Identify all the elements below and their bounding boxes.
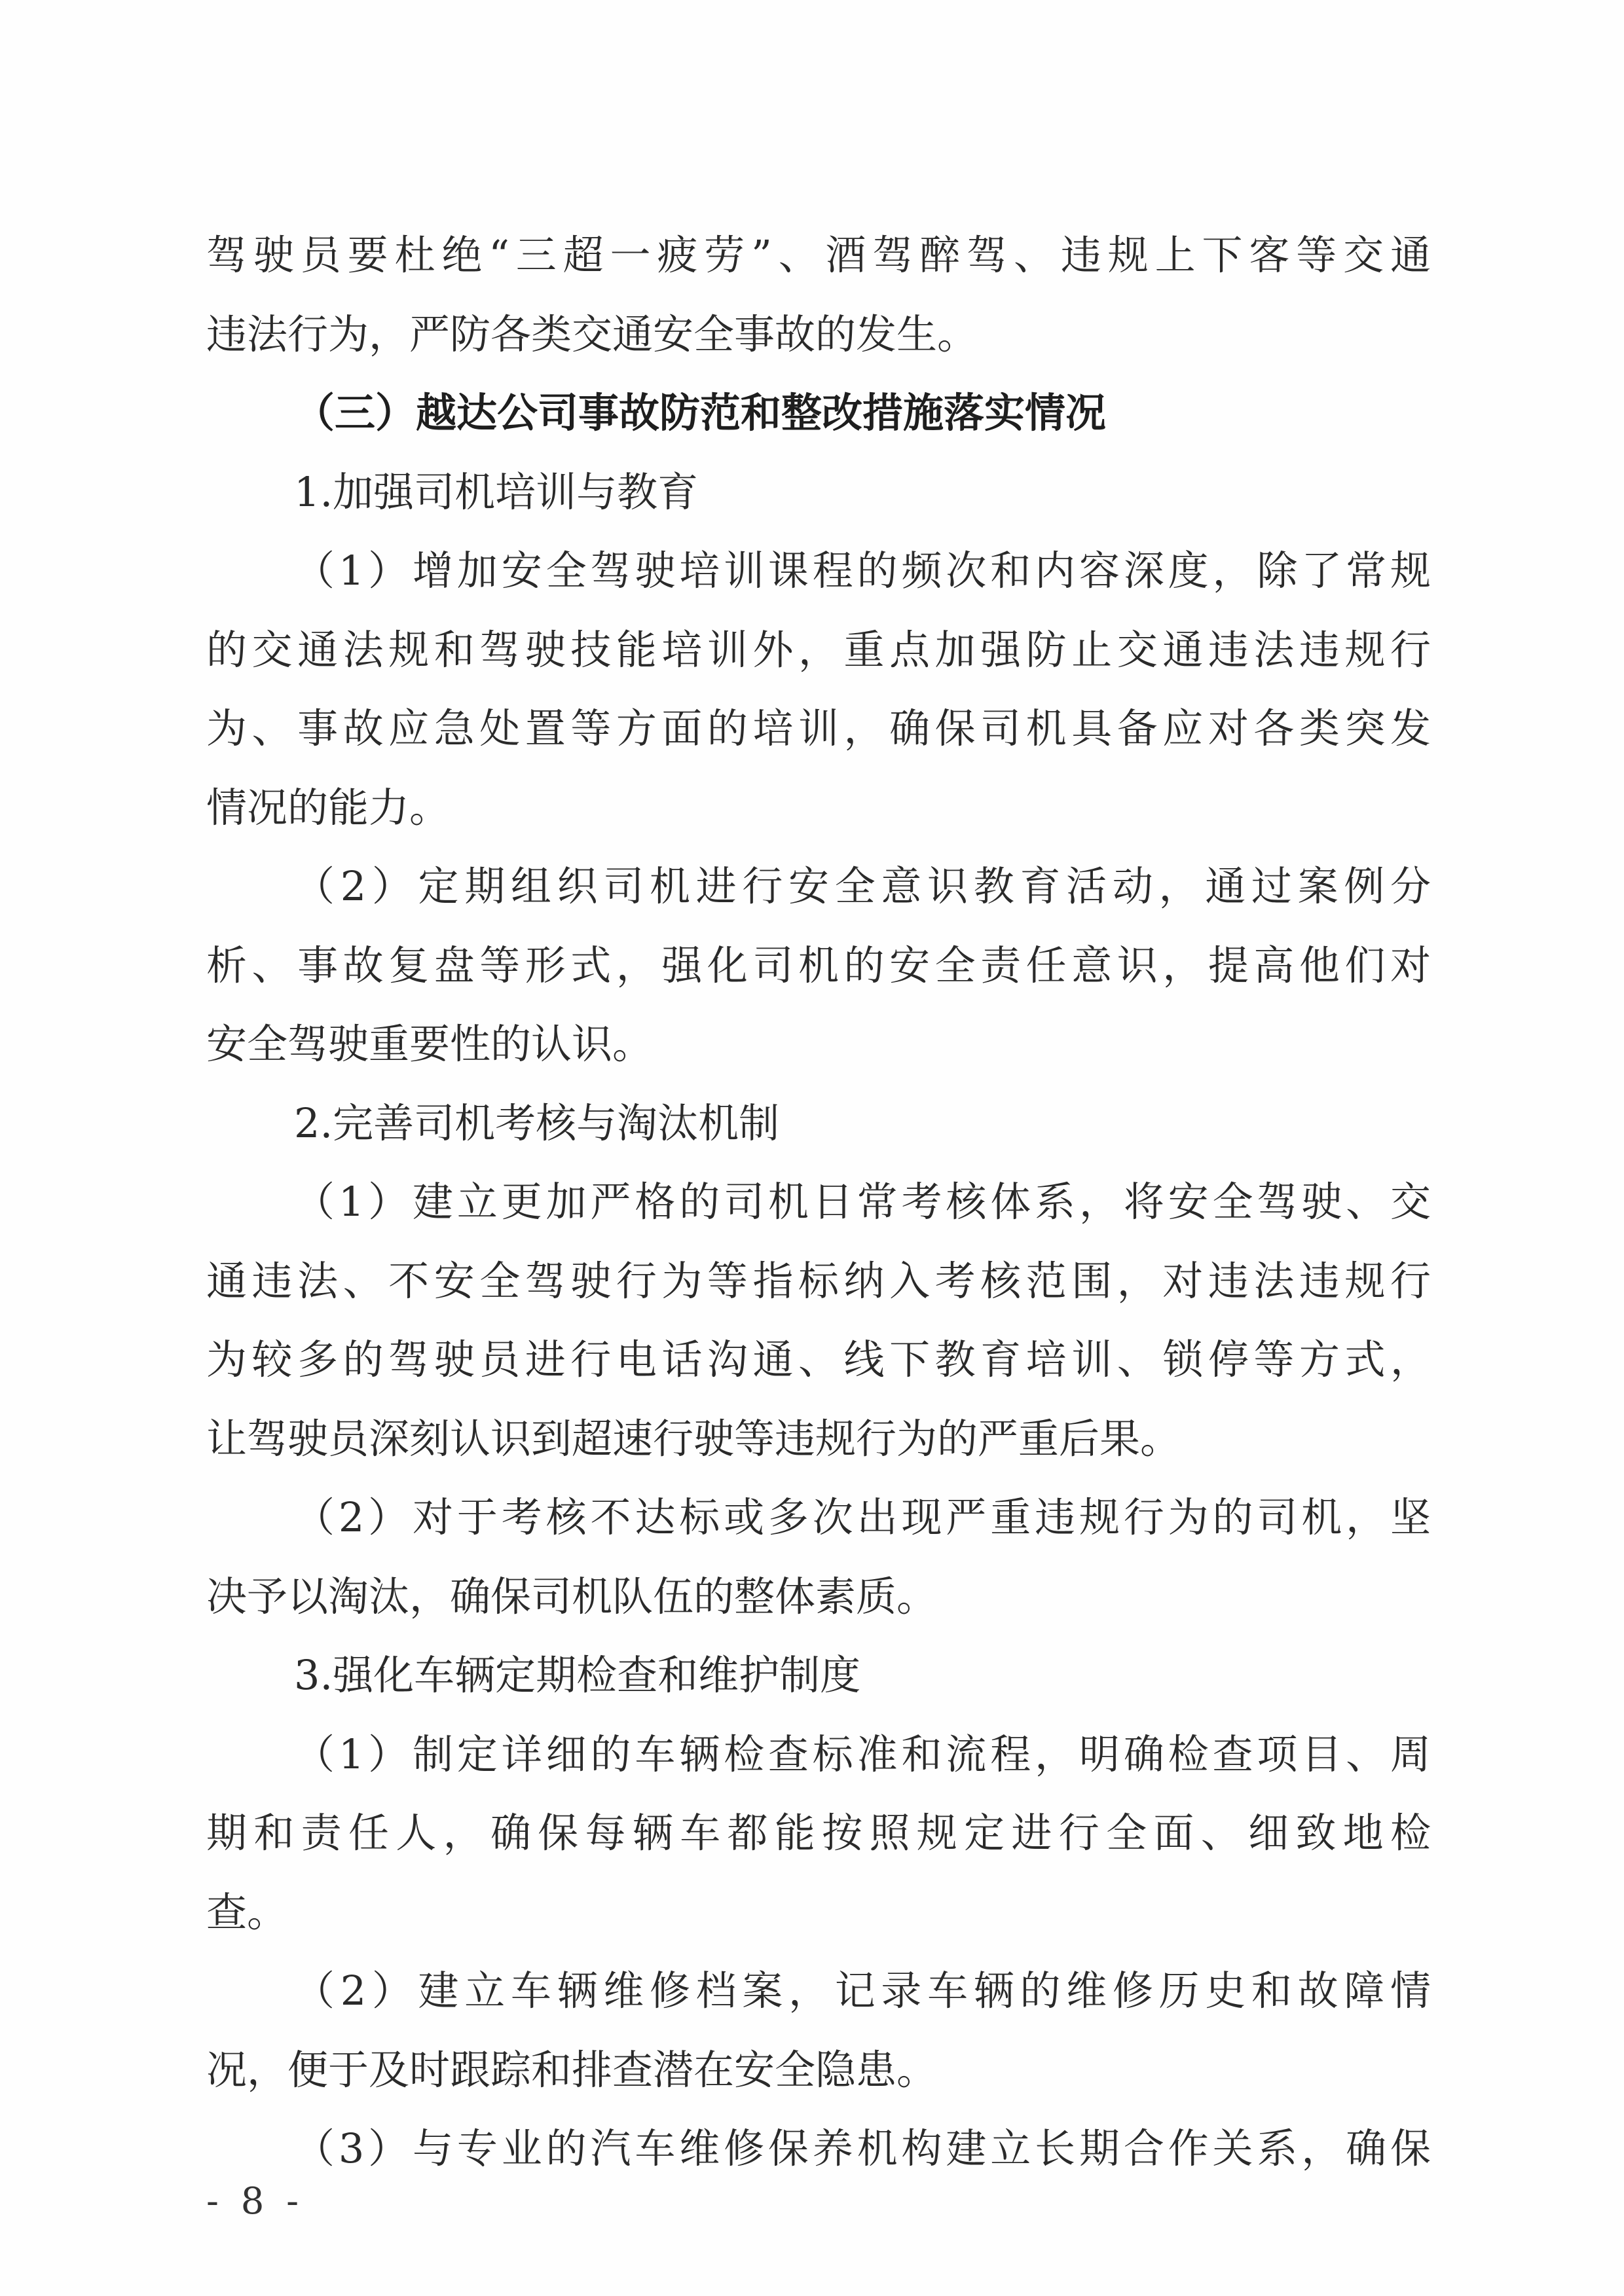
page-number: - 8 - xyxy=(206,2180,304,2223)
text-line: 决予以淘汰，确保司机队伍的整体素质。 xyxy=(206,1558,1431,1637)
text-line: 期和责任人，确保每辆车都能按照规定进行全面、细致地检 xyxy=(206,1794,1431,1873)
text-line: （2）对于考核不达标或多次出现严重违规行为的司机，坚 xyxy=(206,1478,1431,1558)
text-line: 驾驶员要杜绝“三超一疲劳”、酒驾醉驾、违规上下客等交通 xyxy=(206,216,1431,295)
text-line: 安全驾驶重要性的认识。 xyxy=(206,1005,1431,1084)
text-line: （1）增加安全驾驶培训课程的频次和内容深度，除了常规 xyxy=(206,532,1431,611)
text-line: 的交通法规和驾驶技能培训外，重点加强防止交通违法违规行 xyxy=(206,611,1431,690)
text-line: （1）制定详细的车辆检查标准和流程，明确检查项目、周 xyxy=(206,1715,1431,1795)
text-line: 让驾驶员深刻认识到超速行驶等违规行为的严重后果。 xyxy=(206,1400,1431,1479)
text-line: 况，便于及时跟踪和排查潜在安全隐患。 xyxy=(206,2031,1431,2110)
text-line: 通违法、不安全驾驶行为等指标纳入考核范围，对违法违规行 xyxy=(206,1242,1431,1321)
subsection-heading: 1.加强司机培训与教育 xyxy=(206,453,1431,532)
text-line: （3）与专业的汽车维修保养机构建立长期合作关系，确保 xyxy=(206,2109,1431,2189)
subsection-heading: 2.完善司机考核与淘汰机制 xyxy=(206,1084,1431,1163)
text-line: （2）建立车辆维修档案，记录车辆的维修历史和故障情 xyxy=(206,1952,1431,2031)
text-line: （2）定期组织司机进行安全意识教育活动，通过案例分 xyxy=(206,847,1431,926)
document-body: 驾驶员要杜绝“三超一疲劳”、酒驾醉驾、违规上下客等交通 违法行为，严防各类交通安… xyxy=(206,216,1431,2189)
document-page: 驾驶员要杜绝“三超一疲劳”、酒驾醉驾、违规上下客等交通 违法行为，严防各类交通安… xyxy=(0,0,1624,2296)
text-line: 查。 xyxy=(206,1873,1431,1952)
text-line: 为、事故应急处置等方面的培训，确保司机具备应对各类突发 xyxy=(206,689,1431,769)
text-line: 违法行为，严防各类交通安全事故的发生。 xyxy=(206,295,1431,374)
section-heading: （三）越达公司事故防范和整改措施落实情况 xyxy=(206,374,1431,453)
text-line: 析、事故复盘等形式，强化司机的安全责任意识，提高他们对 xyxy=(206,926,1431,1006)
text-line: 情况的能力。 xyxy=(206,769,1431,848)
text-line: 为较多的驾驶员进行电话沟通、线下教育培训、锁停等方式， xyxy=(206,1321,1431,1400)
subsection-heading: 3.强化车辆定期检查和维护制度 xyxy=(206,1636,1431,1715)
text-line: （1）建立更加严格的司机日常考核体系，将安全驾驶、交 xyxy=(206,1163,1431,1242)
